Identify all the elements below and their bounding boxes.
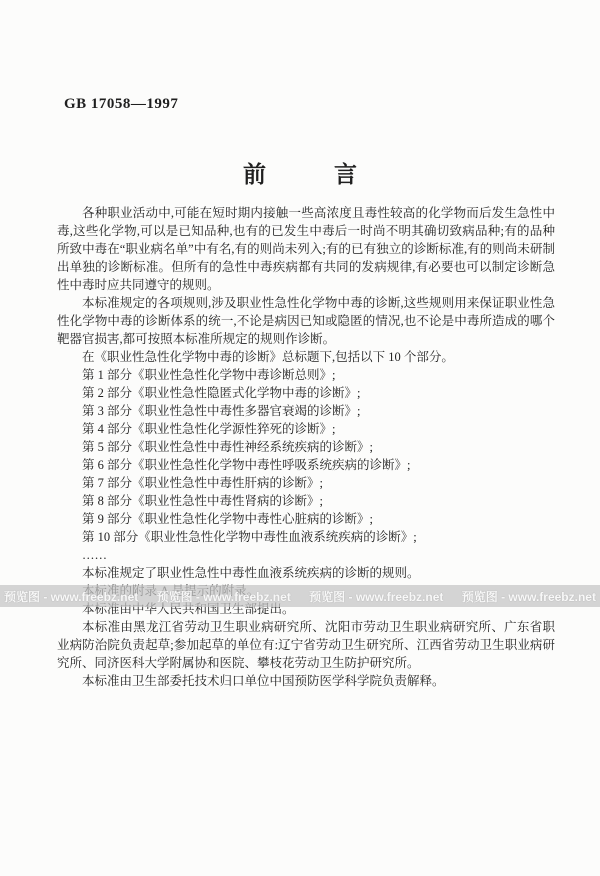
closing-interpretation: 本标准由卫生部委托技术归口单位中国预防医学科学院负责解释。 <box>57 672 555 690</box>
page-title: 前 言 <box>0 160 600 190</box>
part-item-10: 第 10 部分《职业性急性化学物中毒性血液系统疾病的诊断》; <box>57 528 555 546</box>
title-char-1: 前 <box>243 160 266 190</box>
part-item-4: 第 4 部分《职业性急性化学源性猝死的诊断》; <box>57 420 555 438</box>
closing-appendix-note: 本标准的附录 A 是提示的附录。 <box>57 582 555 600</box>
closing-proposed-by: 本标准由中华人民共和国卫生部提出。 <box>57 600 555 618</box>
part-item-8: 第 8 部分《职业性急性中毒性肾病的诊断》; <box>57 492 555 510</box>
document-body: 各种职业活动中,可能在短时期内接触一些高浓度且毒性较高的化学物而后发生急性中毒,… <box>57 204 555 690</box>
title-char-2: 言 <box>334 160 357 190</box>
closing-scope-statement: 本标准规定了职业性急性中毒性血液系统疾病的诊断的规则。 <box>57 564 555 582</box>
parts-ellipsis: …… <box>57 546 555 564</box>
standard-number: GB 17058—1997 <box>64 96 178 113</box>
paragraph-scope: 本标准规定的各项规则,涉及职业性急性化学物中毒的诊断,这些规则用来保证职业性急性… <box>57 294 555 348</box>
part-item-2: 第 2 部分《职业性急性隐匿式化学物中毒的诊断》; <box>57 384 555 402</box>
paragraph-intro: 各种职业活动中,可能在短时期内接触一些高浓度且毒性较高的化学物而后发生急性中毒,… <box>57 204 555 294</box>
part-item-7: 第 7 部分《职业性急性中毒性肝病的诊断》; <box>57 474 555 492</box>
part-item-6: 第 6 部分《职业性急性化学物中毒性呼吸系统疾病的诊断》; <box>57 456 555 474</box>
document-page: GB 17058—1997 前 言 各种职业活动中,可能在短时期内接触一些高浓度… <box>0 0 600 876</box>
part-item-5: 第 5 部分《职业性急性中毒性神经系统疾病的诊断》; <box>57 438 555 456</box>
closing-drafting-units: 本标准由黑龙江省劳动卫生职业病研究所、沈阳市劳动卫生职业病研究所、广东省职业病防… <box>57 618 555 672</box>
paragraph-parts-lead: 在《职业性急性化学物中毒的诊断》总标题下,包括以下 10 个部分。 <box>57 348 555 366</box>
part-item-3: 第 3 部分《职业性急性中毒性多器官衰竭的诊断》; <box>57 402 555 420</box>
part-item-9: 第 9 部分《职业性急性化学物中毒性心脏病的诊断》; <box>57 510 555 528</box>
part-item-1: 第 1 部分《职业性急性化学物中毒诊断总则》; <box>57 366 555 384</box>
